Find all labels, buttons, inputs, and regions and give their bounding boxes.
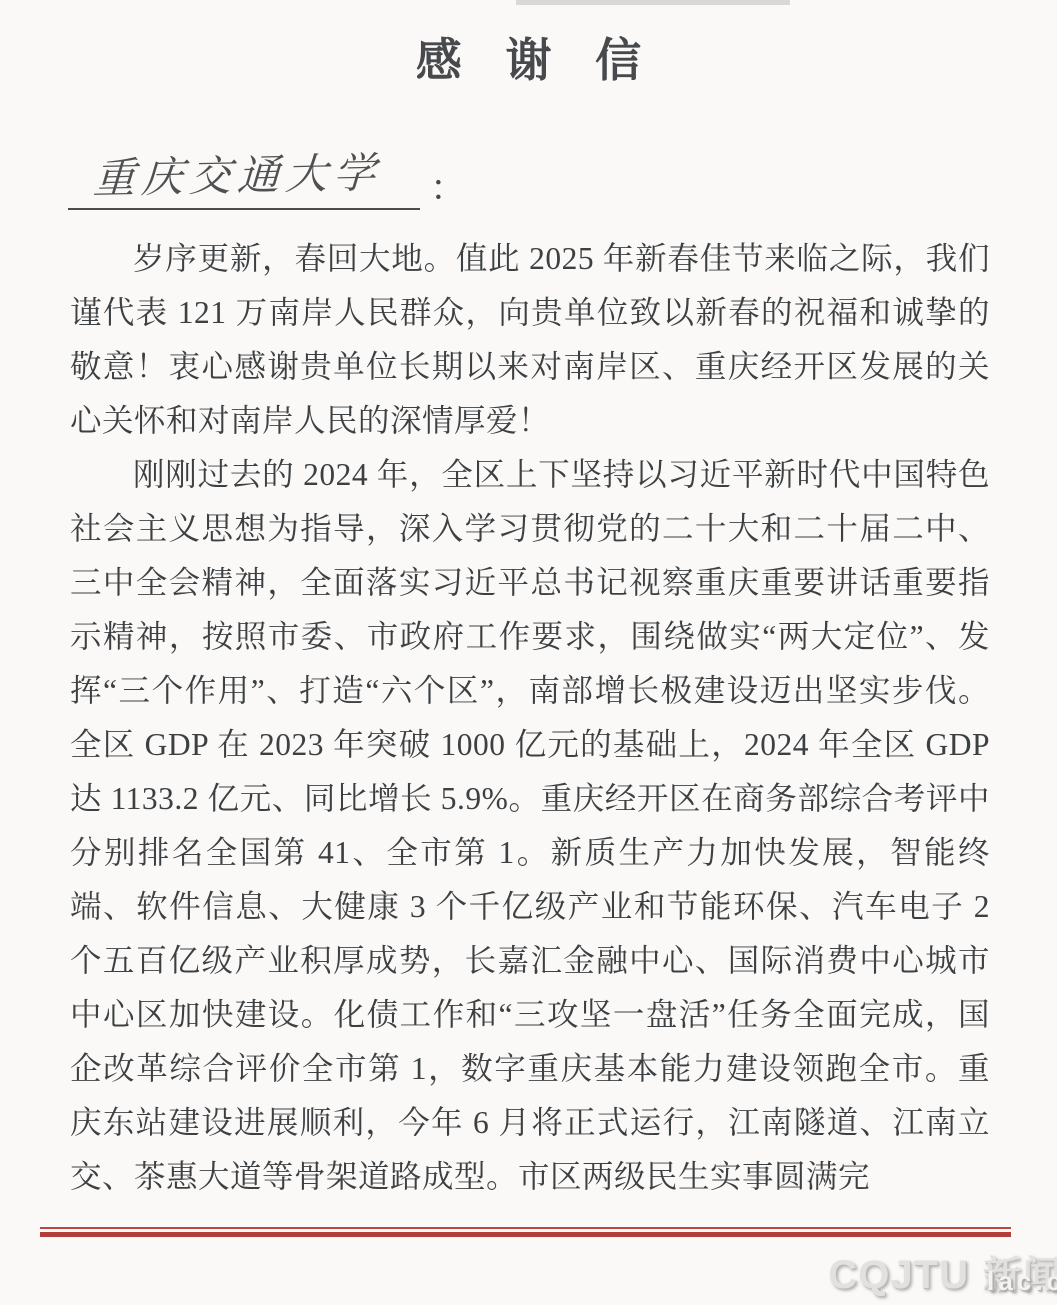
recipient-name-handwritten: 重庆交通大学 xyxy=(92,140,383,206)
recipient-row: 重庆交通大学 ： xyxy=(68,138,1057,210)
paragraph-greeting: 岁序更新，春回大地。值此 2025 年新春佳节来临之际，我们谨代表 121 万南… xyxy=(70,232,990,448)
recipient-colon: ： xyxy=(430,170,466,210)
letter-title: 感谢信 xyxy=(0,0,1057,90)
paragraph-achievements: 刚刚过去的 2024 年，全区上下坚持以习近平新时代中国特色社会主义思想为指导，… xyxy=(70,448,990,1204)
letter-page: 感谢信 重庆交通大学 ： 岁序更新，春回大地。值此 2025 年新春佳节来临之际… xyxy=(0,0,1057,1305)
top-edge-scan-artifact xyxy=(516,0,790,5)
recipient-underline: 重庆交通大学 xyxy=(68,146,420,210)
footer-red-rule-thick xyxy=(40,1232,1011,1237)
watermark-url-fragment: lac.c xyxy=(987,1266,1057,1297)
watermark-cqjtu-text: CQJTU xyxy=(828,1253,969,1297)
letter-body: 岁序更新，春回大地。值此 2025 年新春佳节来临之际，我们谨代表 121 万南… xyxy=(0,232,1057,1204)
footer-red-rule xyxy=(40,1227,1011,1237)
